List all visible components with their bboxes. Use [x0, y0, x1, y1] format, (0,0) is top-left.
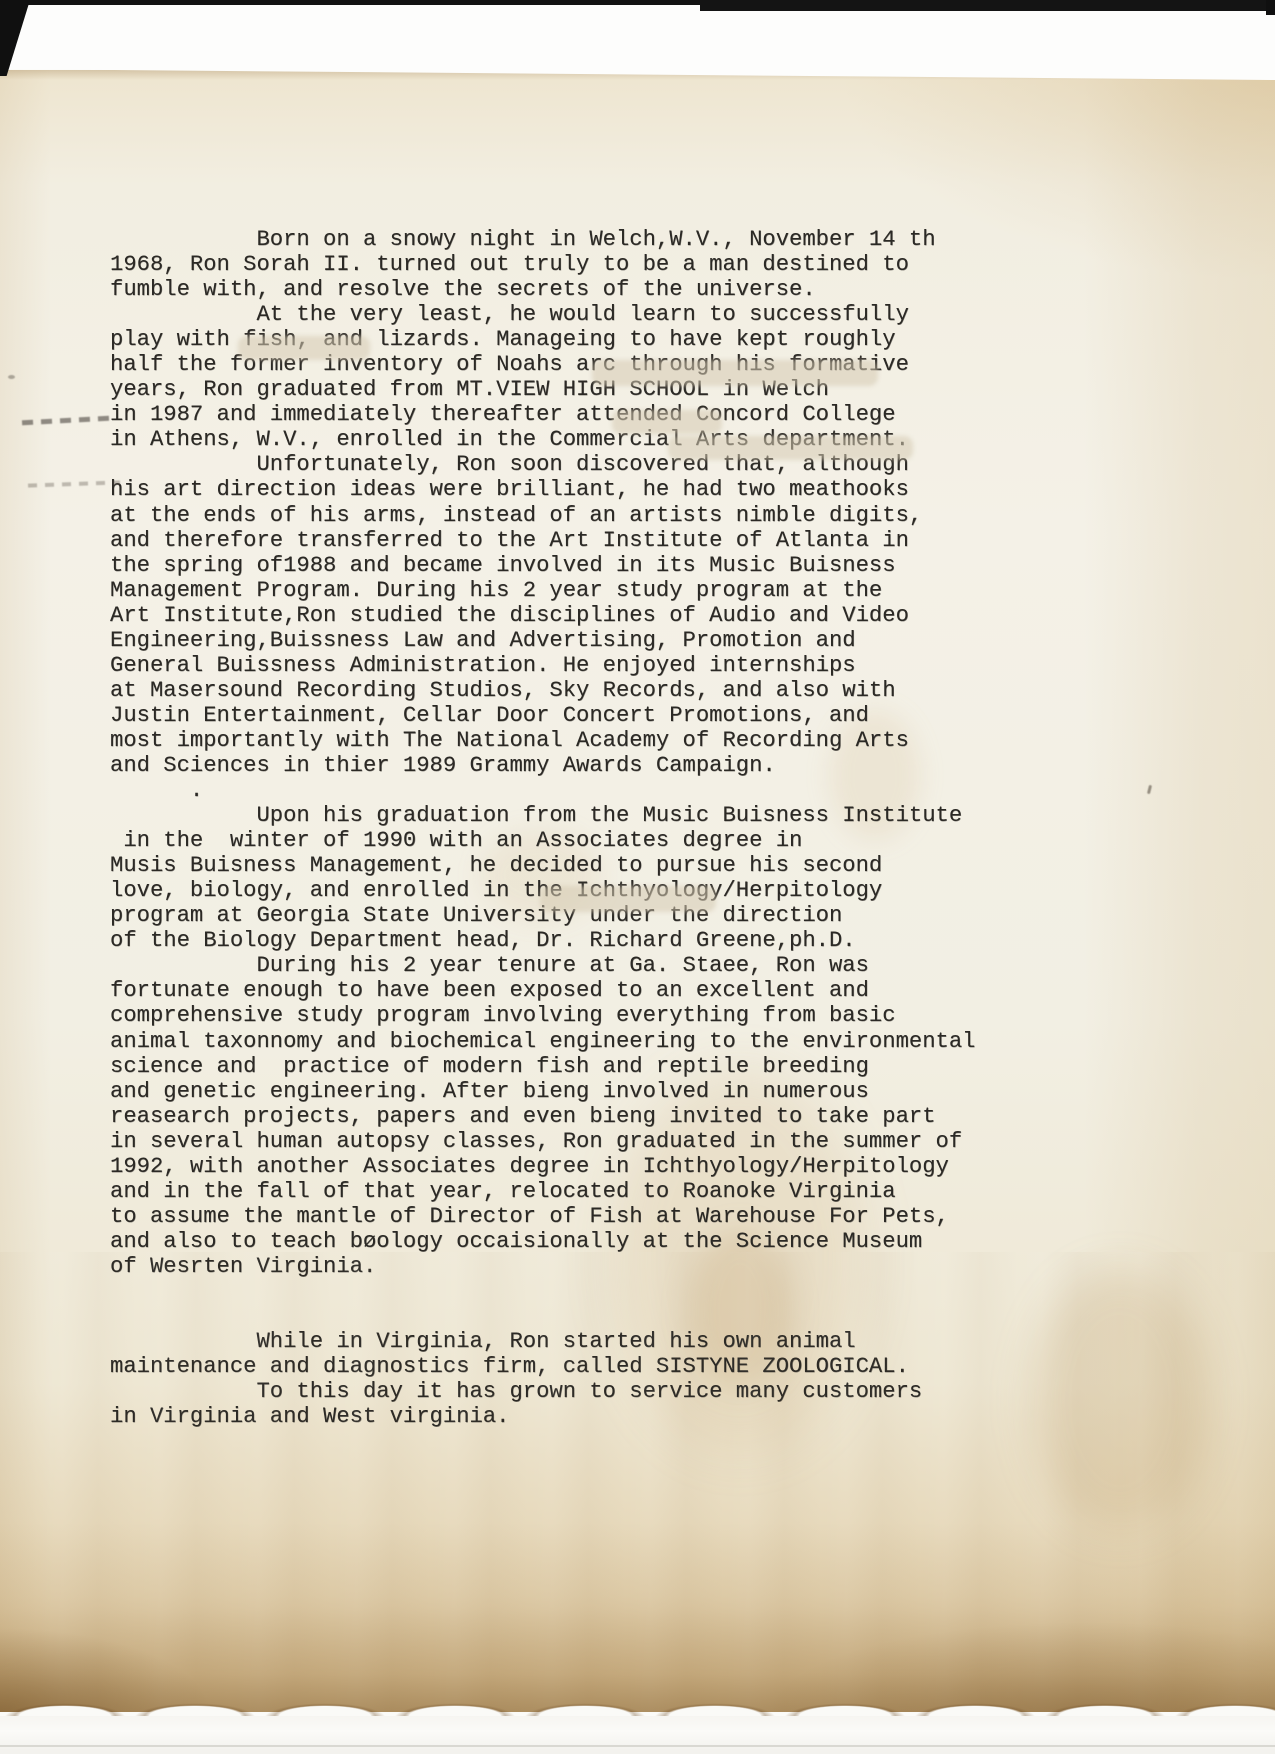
paper-sheet: Born on a snowy night in Welch,W.V., Nov… — [0, 70, 1275, 1712]
margin-pencil-mark — [8, 375, 15, 379]
paper-torn-edge — [0, 1688, 1275, 1716]
scanner-artifact-line — [0, 1745, 1275, 1747]
correction-smudge — [668, 436, 913, 460]
stray-ink-tick — [1147, 785, 1152, 794]
scanner-edge-top-right — [700, 0, 1275, 11]
correction-smudge — [540, 886, 716, 912]
margin-pencil-mark — [22, 416, 110, 426]
margin-pencil-mark — [28, 480, 120, 487]
correction-smudge — [592, 360, 878, 386]
scanner-bed-bottom — [0, 1716, 1275, 1754]
scanner-edge-right — [1266, 0, 1275, 15]
letter-body-text: Born on a snowy night in Welch,W.V., Nov… — [110, 227, 975, 1429]
correction-smudge — [238, 336, 370, 360]
correction-smudge — [612, 410, 722, 434]
burnt-bottom-edge — [0, 1522, 1275, 1712]
